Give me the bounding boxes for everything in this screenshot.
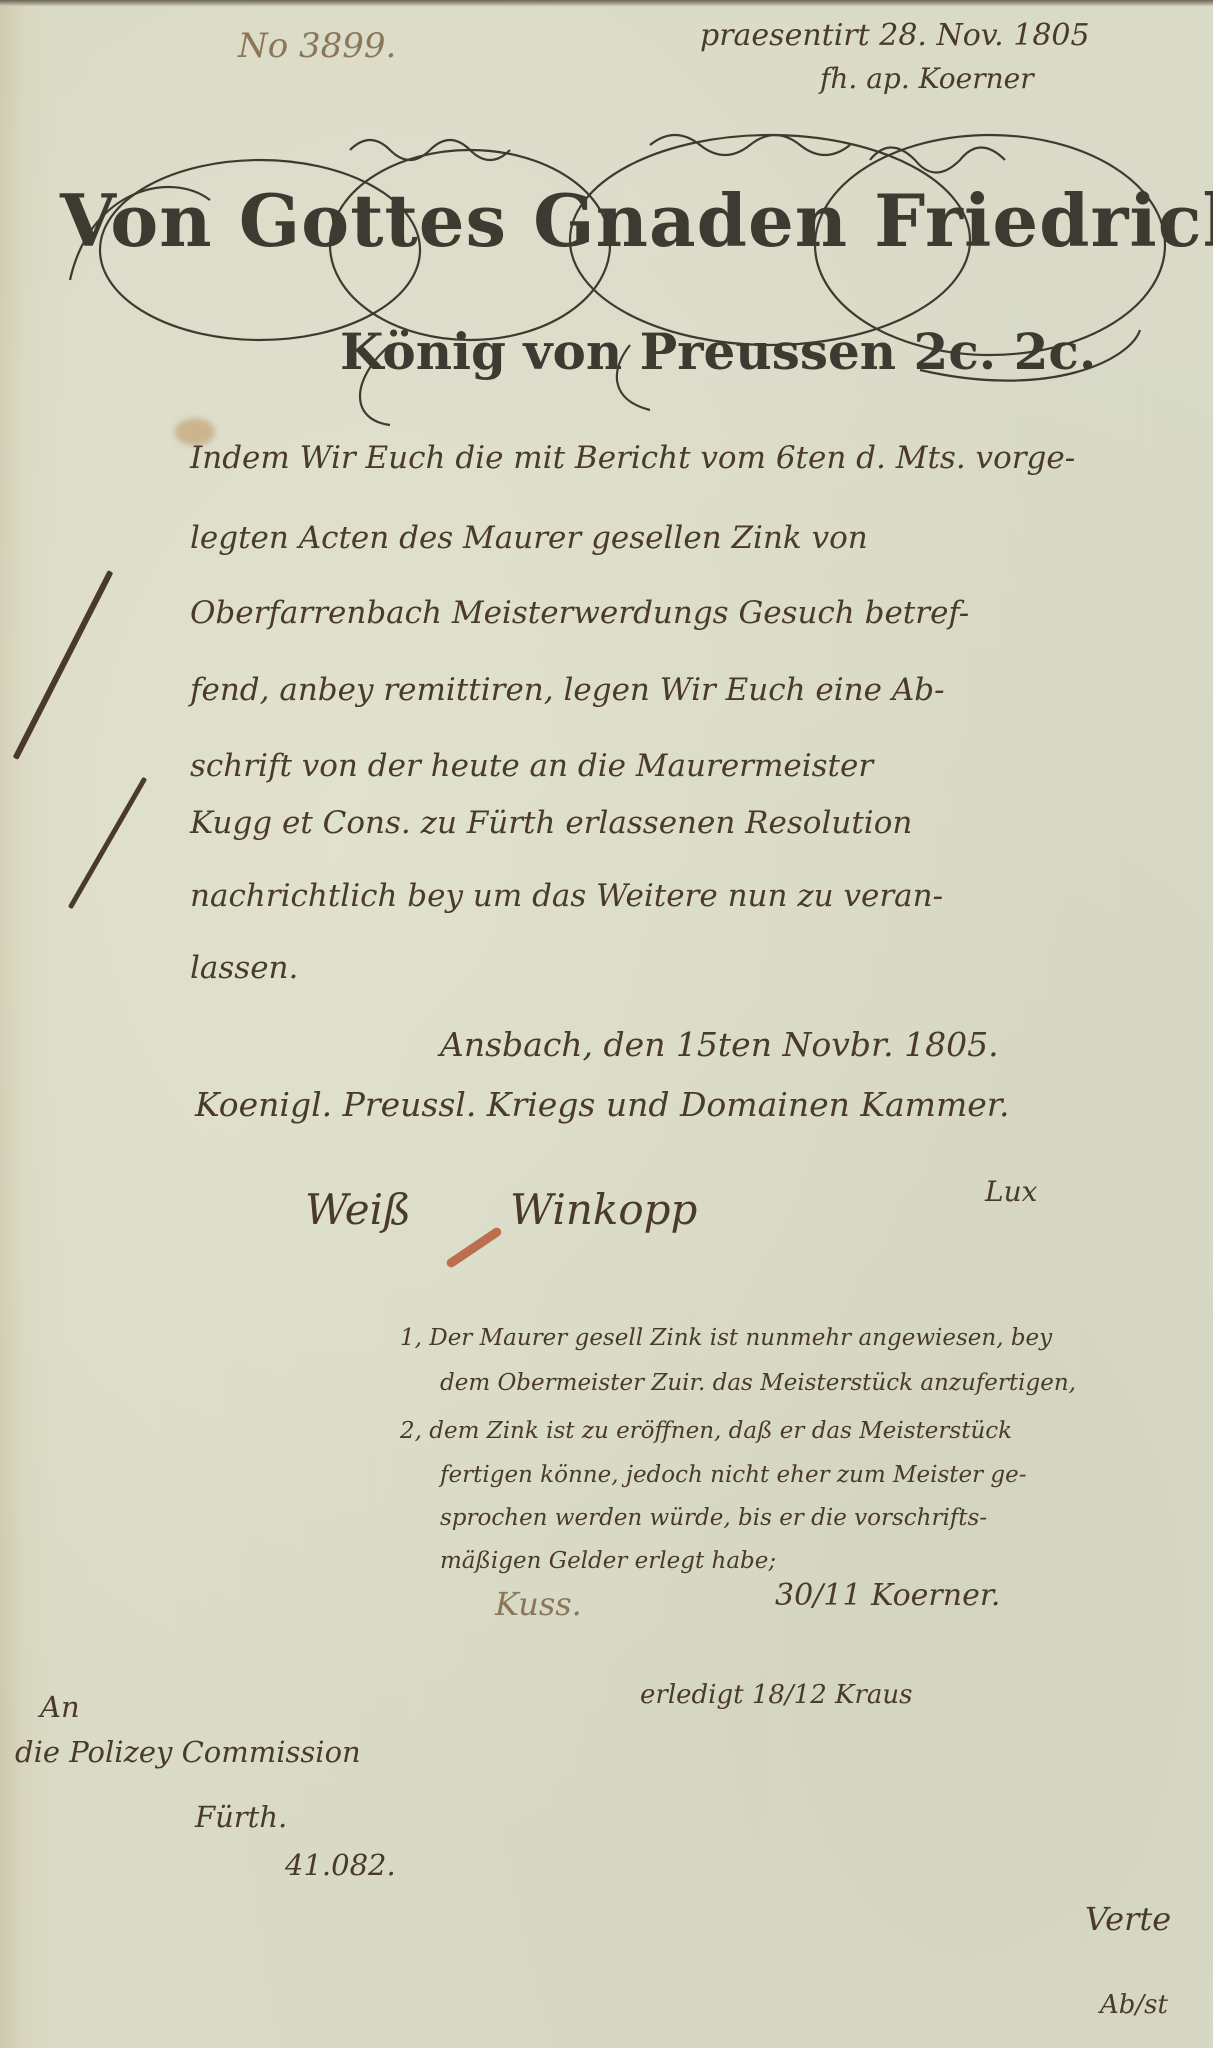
file-number: No 3899.	[238, 26, 396, 66]
signature-3: Lux	[985, 1175, 1037, 1208]
annotation-line: 1, Der Maurer gesell Zink ist nunmehr an…	[400, 1325, 1052, 1351]
settled-note: erledigt 18/12 Kraus	[640, 1680, 912, 1710]
received-signature: fh. ap. Koerner	[820, 62, 1034, 95]
issuing-authority: Koenigl. Preussl. Kriegs und Domainen Ka…	[195, 1085, 1009, 1124]
body-line: lassen.	[190, 950, 298, 986]
signature-1: Weiß	[305, 1185, 411, 1234]
signature-2: Winkopp	[510, 1185, 697, 1234]
body-line: Oberfarrenbach Meisterwerdungs Gesuch be…	[190, 595, 969, 631]
place-date: Ansbach, den 15ten Novbr. 1805.	[440, 1025, 999, 1064]
body-line: fend, anbey remittiren, legen Wir Euch e…	[190, 672, 945, 708]
annotation-line: sprochen werden würde, bis er die vorsch…	[440, 1505, 987, 1531]
body-line: Kugg et Cons. zu Fürth erlassenen Resolu…	[190, 805, 912, 841]
body-line: nachrichtlich bey um das Weitere nun zu …	[190, 878, 943, 914]
body-line: schrift von der heute an die Maurermeist…	[190, 748, 873, 784]
footer-scribble: Ab/st	[1100, 1990, 1168, 2020]
annotation-initials: Kuss.	[495, 1585, 582, 1623]
annotation-line: dem Obermeister Zuir. das Meisterstück a…	[440, 1370, 1076, 1396]
body-line: Indem Wir Euch die mit Bericht vom 6ten …	[190, 440, 1075, 476]
body-line: legten Acten des Maurer gesellen Zink vo…	[190, 520, 868, 556]
address-line-1: An	[40, 1690, 80, 1724]
annotation-line: fertigen könne, jedoch nicht eher zum Me…	[440, 1462, 1027, 1488]
address-line-2: die Polizey Commission	[15, 1735, 361, 1769]
title-line-2: König von Preussen 2c. 2c.	[340, 322, 1096, 381]
received-note: praesentirt 28. Nov. 1805	[700, 18, 1090, 53]
annotation-line: mäßigen Gelder erlegt habe;	[440, 1548, 776, 1574]
address-line-3: Fürth.	[195, 1800, 287, 1834]
address-reference: 41.082.	[285, 1848, 396, 1882]
margin-stroke-2	[68, 777, 147, 909]
red-crayon-mark	[445, 1226, 503, 1269]
margin-stroke-1	[13, 570, 114, 760]
title-line-1: Von Gottes Gnaden Friedrich Wilhelm,	[60, 178, 1213, 263]
annotation-line: 2, dem Zink ist zu eröffnen, daß er das …	[400, 1418, 1012, 1444]
annotation-date-signature: 30/11 Koerner.	[775, 1578, 1000, 1613]
page-top-edge	[0, 0, 1213, 6]
catchword-verte: Verte	[1085, 1900, 1171, 1938]
calligraphic-flourish-icon	[50, 130, 1190, 430]
document-page: No 3899. praesentirt 28. Nov. 1805 fh. a…	[0, 0, 1213, 2048]
